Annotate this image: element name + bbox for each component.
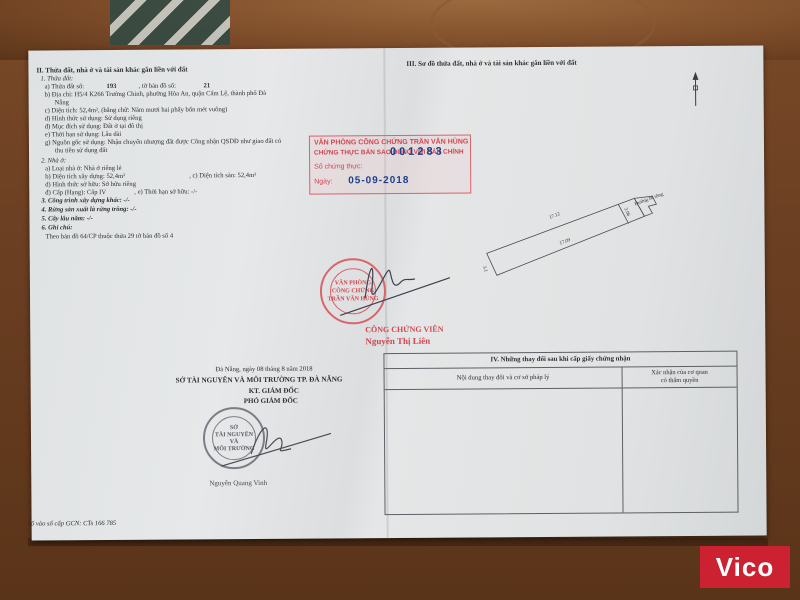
director-signature: [201, 413, 361, 474]
map-label: , tờ bản đồ số:: [139, 83, 176, 91]
notary-certification-stamp: VĂN PHÒNG CÔNG CHỨNG TRẦN VĂN HÙNG CHỨNG…: [309, 134, 471, 194]
registry-number: Số vào sổ cấp GCN: CTs 166 785: [28, 520, 117, 529]
sign-date: Đà Nẵng, ngày 08 tháng 8 năm 2018: [216, 366, 313, 375]
certificate-document: II. Thửa đất, nhà ở và tài sản khác gắn …: [28, 45, 766, 540]
origin-line-2: thu tiền sử dụng đất: [55, 147, 107, 155]
notes-text: Theo bản đồ 64/CP thuộc thửa 29 tờ bản đ…: [46, 233, 174, 242]
section-iii-title: III. Sơ đồ thửa đất, nhà ở và tài sản kh…: [406, 59, 576, 68]
perennial-trees: 5. Cây lâu năm: -/-: [41, 215, 93, 223]
vico-watermark-logo: Vico: [700, 546, 790, 588]
authority-name: SỞ TÀI NGUYÊN VÀ MÔI TRƯỜNG TP. ĐÀ NẴNG: [176, 375, 343, 384]
own-term: , e) Thời hạn sở hữu: -/-: [134, 188, 197, 196]
changes-table: IV. Những thay đổi sau khi cấp giấy chứn…: [383, 351, 738, 515]
signer-name: Nguyễn Quang Vinh: [209, 479, 267, 487]
notes-heading: 6. Ghi chú:: [42, 224, 73, 232]
parcel-diagram: [484, 196, 665, 287]
house-heading: 2. Nhà ở:: [41, 157, 66, 165]
section-ii-title: II. Thửa đất, nhà ở và tài sản khác gắn …: [36, 65, 187, 74]
floor-tile: [110, 0, 230, 45]
map-number: 21: [204, 82, 211, 90]
kt-director: KT. GIÁM ĐỐC: [249, 387, 299, 395]
col-authority-confirm: Xác nhận của cơ quan có thẩm quyền: [623, 367, 737, 390]
floor-area: , c) Diện tích sàn: 52,4m²: [189, 172, 256, 180]
notary-title: CÔNG CHỨNG VIÊN: [365, 326, 443, 335]
address-line-1: b) Địa chỉ: H5/4 K266 Trường Chinh, phườ…: [45, 90, 267, 100]
land-heading: 1. Thửa đất:: [40, 75, 73, 83]
other-works: 3. Công trình xây dựng khác: -/-: [41, 197, 129, 206]
address-line-2: Nẵng: [55, 99, 69, 107]
notary-name: Nguyễn Thị Liên: [365, 337, 430, 345]
changes-table-header: Nội dung thay đổi và cơ sở pháp lý Xác n…: [385, 367, 737, 390]
parcel-number: 193: [107, 83, 117, 91]
forest: 4. Rừng sản xuất là rừng trồng: -/-: [41, 206, 136, 215]
origin-line-1: g) Nguồn gốc sử dụng: Nhận chuyển nhượng…: [45, 138, 281, 148]
north-arrow-icon: [690, 72, 700, 107]
parcel-label: a) Thửa đất số:: [45, 83, 85, 91]
notary-signature: [330, 253, 460, 324]
col-change-content: Nội dung thay đổi và cơ sở pháp lý: [385, 367, 622, 389]
deputy-director: PHÓ GIÁM ĐỐC: [244, 397, 298, 405]
certification-date: 05-09-2018: [348, 175, 409, 186]
certification-number: 001283: [390, 146, 445, 158]
